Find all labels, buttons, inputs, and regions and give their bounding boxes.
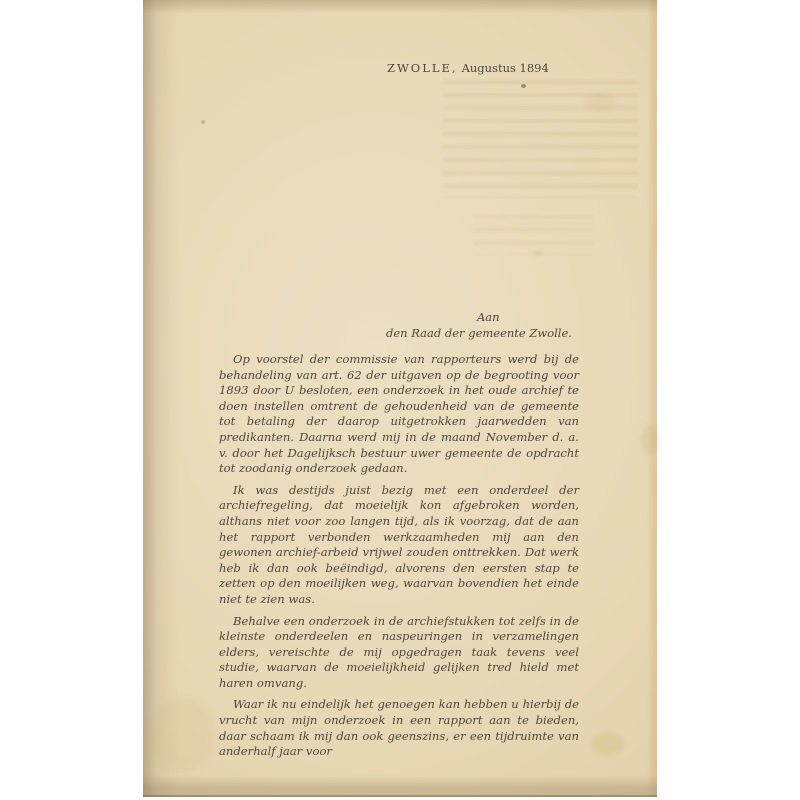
book-page: ZWOLLE,Augustus 1894 Aan den Raad der ge… xyxy=(143,0,657,797)
paragraph: Op voorstel der commissie van rapporteur… xyxy=(219,352,579,477)
salutation-line-2: den Raad der gemeente Zwolle. xyxy=(386,326,572,340)
dateline: ZWOLLE,Augustus 1894 xyxy=(387,61,549,75)
foxing-spot xyxy=(201,120,205,124)
foxing-spot xyxy=(641,425,659,455)
paragraph: Waar ik nu eindelijk het genoegen kan he… xyxy=(219,697,579,759)
scan-canvas: ZWOLLE,Augustus 1894 Aan den Raad der ge… xyxy=(0,0,800,800)
reverse-side-show-through xyxy=(443,80,638,198)
paragraph: Ik was destijds juist bezig met een onde… xyxy=(219,483,579,608)
dateline-date: Augustus 1894 xyxy=(462,61,549,75)
paragraph: Behalve een onderzoek in de archiefstukk… xyxy=(219,614,579,692)
letter-body: Op voorstel der commissie van rapporteur… xyxy=(219,352,579,766)
reverse-side-show-through xyxy=(473,215,593,255)
salutation-line-1: Aan xyxy=(477,310,500,324)
foxing-spot xyxy=(591,732,623,756)
dateline-place: ZWOLLE, xyxy=(387,61,458,75)
foxing-spot xyxy=(151,698,215,772)
